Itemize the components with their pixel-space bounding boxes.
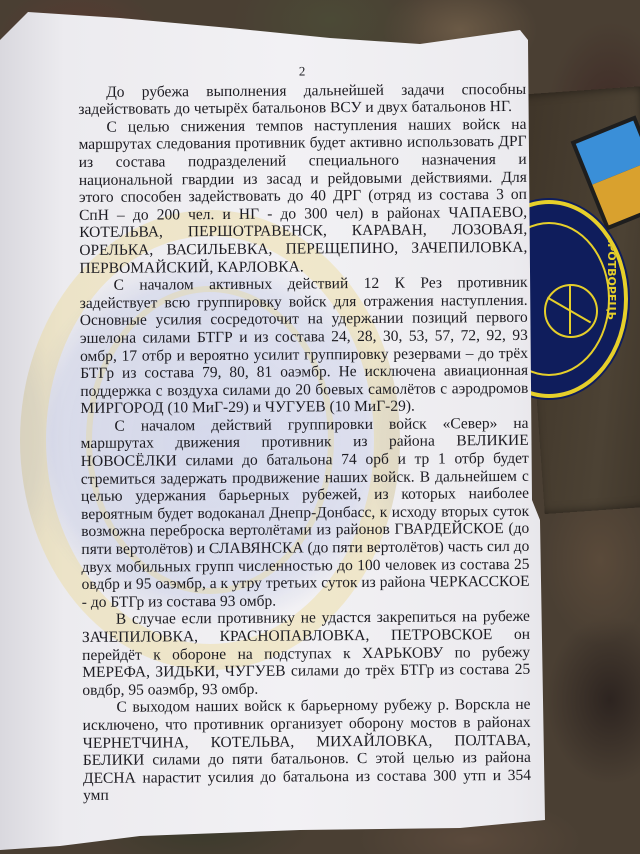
paragraph-6: С выходом наших войск к барьерному рубеж… xyxy=(82,696,531,805)
paragraph-3: С началом активных действий 12 К Рез про… xyxy=(79,274,528,418)
patch-label: ПРОТВОРЕЦЬ xyxy=(598,234,618,320)
paragraph-2: С целью снижения темпов наступления наши… xyxy=(78,116,527,277)
paragraph-5: В случае если противнику не удастся закр… xyxy=(82,608,531,699)
paragraph-1: До рубежа выполнения дальнейшей задачи с… xyxy=(78,80,526,118)
paragraph-4: С началом действий группировки войск «Се… xyxy=(80,415,529,612)
document-body: 2 До рубежа выполнения дальнейшей задачи… xyxy=(78,61,531,805)
globe-icon xyxy=(544,284,598,338)
page-number: 2 xyxy=(78,61,526,82)
